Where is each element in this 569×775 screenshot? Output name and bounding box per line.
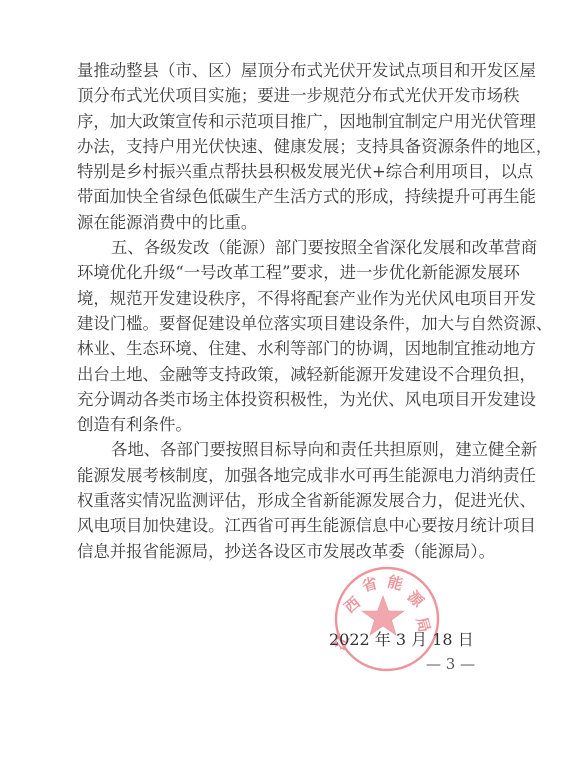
text-line: 序，加大政策宣传和示范项目推广，因地制宜制定户用光伏管理: [77, 109, 487, 134]
paragraph-five: 五、各级发改（能源）部门要按照全省深化发展和改革营商 环境优化升级“一号改革工程…: [77, 235, 487, 437]
text-line: 境，规范开发建设秩序，不得将配套产业作为光伏风电项目开发: [77, 286, 487, 311]
text-line: 源在能源消费中的比重。: [77, 210, 487, 235]
text-line: 五、各级发改（能源）部门要按照全省深化发展和改革营商: [77, 235, 487, 260]
text-line: 顶分布式光伏项目实施；要进一步规范分布式光伏开发市场秩: [77, 83, 487, 108]
text-line: 风电项目加快建设。江西省可再生能源信息中心要按月统计项目: [77, 513, 487, 538]
text-line: 林业、生态环境、住建、水利等部门的协调，因地制宜推动地方: [77, 336, 487, 361]
document-body: 量推动整县（市、区）屋顶分布式光伏开发试点项目和开发区屋 顶分布式光伏项目实施；…: [77, 58, 487, 564]
paragraph-continued: 量推动整县（市、区）屋顶分布式光伏开发试点项目和开发区屋 顶分布式光伏项目实施；…: [77, 58, 487, 235]
text-line: 环境优化升级“一号改革工程”要求，进一步优化新能源发展环: [77, 260, 487, 285]
text-line: 建设门槛。要督促建设单位落实项目建设条件，加大与自然资源、: [77, 311, 487, 336]
text-line: 信息并报省能源局，抄送各设区市发展改革委（能源局）。: [77, 539, 487, 564]
text-line: 量推动整县（市、区）屋顶分布式光伏开发试点项目和开发区屋: [77, 58, 487, 83]
text-line: 特别是乡村振兴重点帮扶县积极发展光伏+综合利用项目，以点: [77, 159, 487, 184]
text-line: 各地、各部门要按照目标导向和责任共担原则，建立健全新: [77, 437, 487, 462]
text-line: 出台土地、金融等支持政策，减轻新能源开发建设不合理负担，: [77, 362, 487, 387]
text-line: 权重落实情况监测评估，形成全省新能源发展合力，促进光伏、: [77, 488, 487, 513]
svg-text:省: 省: [360, 574, 379, 595]
official-seal-icon: 江 西 省 能 源 局: [332, 566, 442, 672]
text-line: 充分调动各类市场主体投资积极性，为光伏、风电项目开发建设: [77, 387, 487, 412]
document-date: 2022 年 3 月 18 日: [329, 630, 474, 650]
svg-text:西: 西: [341, 593, 364, 616]
text-line: 带面加快全省绿色低碳生产生活方式的形成，持续提升可再生能: [77, 184, 487, 209]
text-line: 创造有利条件。: [77, 412, 487, 437]
svg-text:能: 能: [386, 572, 405, 593]
document-page: 量推动整县（市、区）屋顶分布式光伏开发试点项目和开发区屋 顶分布式光伏项目实施；…: [0, 0, 569, 775]
text-line: 能源发展考核制度，加强各地完成非水可再生能源电力消纳责任: [77, 463, 487, 488]
svg-text:源: 源: [404, 587, 428, 611]
text-line: 办法，支持户用光伏快速、健康发展；支持具备资源条件的地区，: [77, 134, 487, 159]
paragraph-closing: 各地、各部门要按照目标导向和责任共担原则，建立健全新 能源发展考核制度，加强各地…: [77, 437, 487, 563]
